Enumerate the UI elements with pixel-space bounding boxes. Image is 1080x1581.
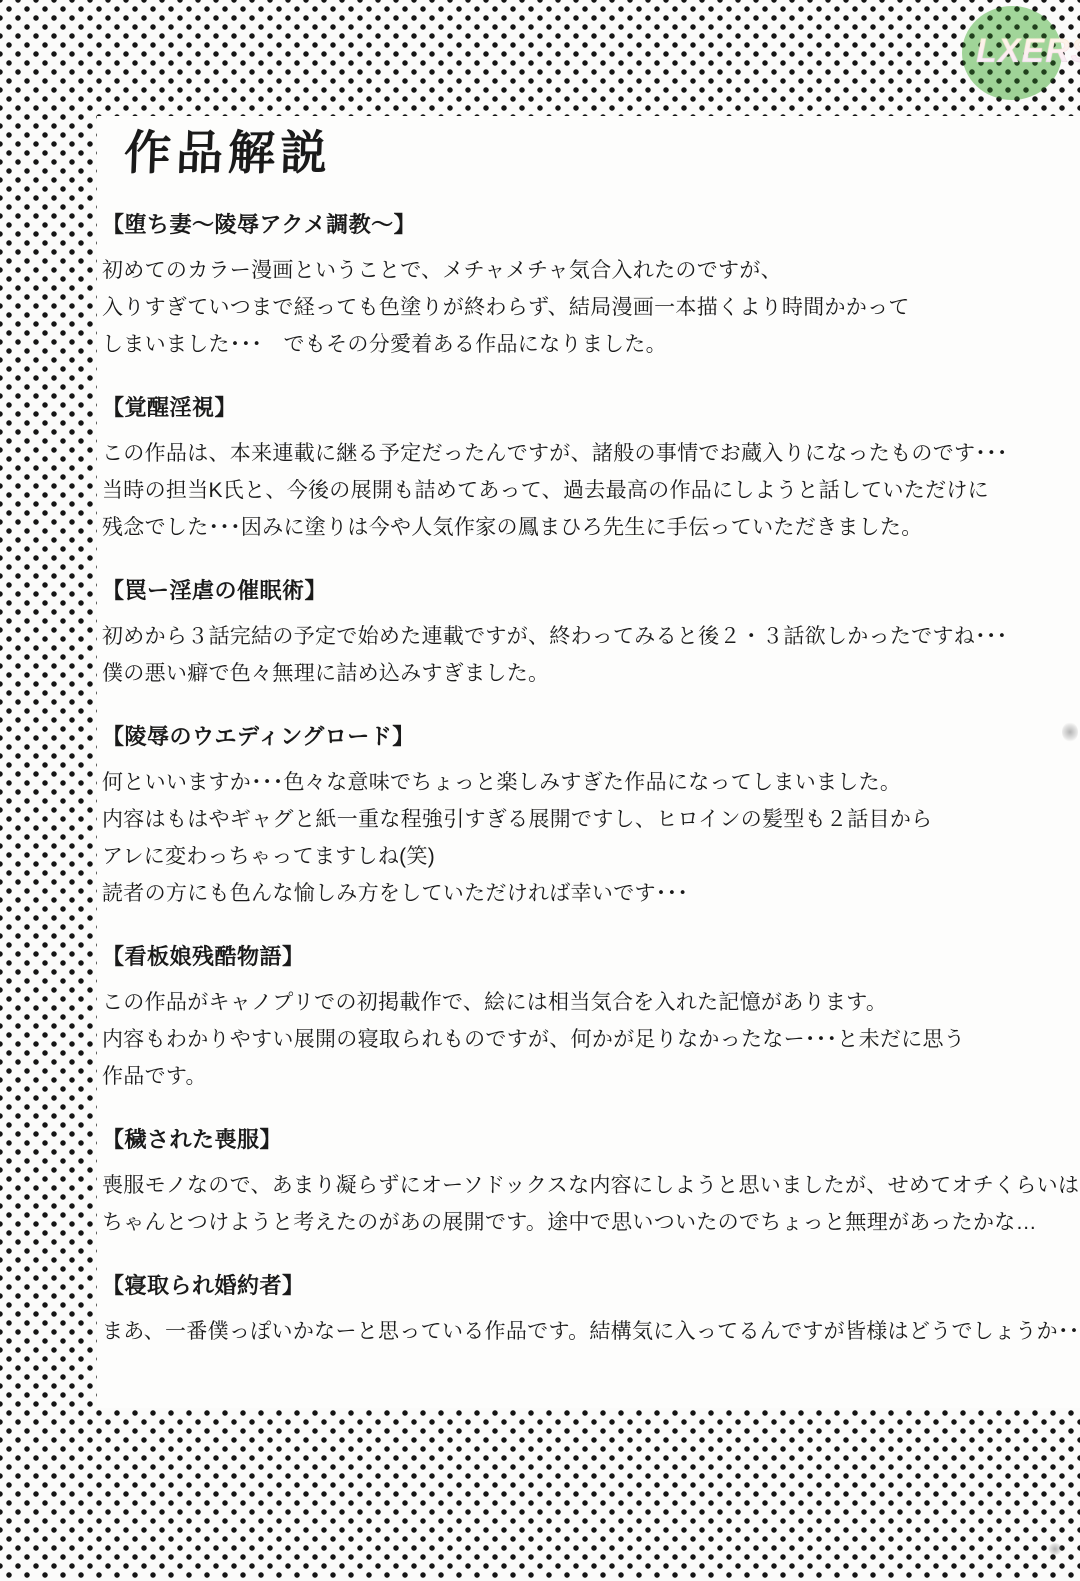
section-kakusei-inshi: 【覚醒淫視】 この作品は、本来連載に継る予定だったんですが、諸般の事情でお蔵入り… bbox=[102, 392, 1046, 546]
section-heading: 【看板娘残酷物語】 bbox=[102, 941, 1046, 973]
section-line: 初めてのカラー漫画ということで、メチャメチャ気合入れたのですが、 bbox=[102, 252, 1046, 289]
scanned-page: { "page_title": "作品解説", "watermark": { "… bbox=[0, 0, 1080, 1581]
section-line: 内容もわかりやすい展開の寝取られものですが、何かが足りなかったなー･･･と未だに… bbox=[102, 1021, 1046, 1058]
section-wana: 【罠ー淫虐の催眠術】 初めから３話完結の予定で始めた連載ですが、終わってみると後… bbox=[102, 575, 1046, 692]
section-line: 内容はもはやギャグと紙一重な程強引すぎる展開ですし、ヒロインの髪型も２話目から bbox=[102, 801, 1046, 838]
section-kanbanmusume: 【看板娘残酷物語】 この作品がキャノプリでの初掲載作で、絵には相当気合を入れた記… bbox=[102, 941, 1046, 1095]
section-line: アレに変わっちゃってますしね(笑) bbox=[102, 838, 1046, 875]
section-heading: 【堕ち妻～陵辱アクメ調教～】 bbox=[102, 209, 1046, 241]
section-line: 残念でした･･･因みに塗りは今や人気作家の鳳まひろ先生に手伝っていただきました。 bbox=[102, 509, 1046, 546]
section-heading: 【陵辱のウエディングロード】 bbox=[102, 721, 1046, 753]
section-line: この作品がキャノプリでの初掲載作で、絵には相当気合を入れた記憶があります。 bbox=[102, 984, 1046, 1021]
scan-artifact bbox=[1062, 722, 1078, 742]
section-konyakusha: 【寝取られ婚約者】 まあ、一番僕っぽいかなーと思っている作品です。結構気に入って… bbox=[102, 1270, 1046, 1350]
section-line: まあ、一番僕っぽいかなーと思っている作品です。結構気に入ってるんですが皆様はどう… bbox=[102, 1313, 1046, 1350]
section-line: 入りすぎていつまで経っても色塗りが終わらず、結局漫画一本描くより時間かかって bbox=[102, 289, 1046, 326]
section-line: 作品です。 bbox=[102, 1058, 1046, 1095]
content-panel: 作品解説 【堕ち妻～陵辱アクメ調教～】 初めてのカラー漫画ということで、メチャメ… bbox=[97, 116, 1080, 1408]
watermark-logo-text: LXERS bbox=[976, 32, 1080, 71]
section-heading: 【罠ー淫虐の催眠術】 bbox=[102, 575, 1046, 607]
section-line: 当時の担当K氏と、今後の展開も詰めてあって、過去最高の作品にしようと話していただ… bbox=[102, 472, 1046, 509]
watermark-circle: LXERS bbox=[962, 6, 1062, 100]
section-mofuku: 【穢された喪服】 喪服モノなので、あまり凝らずにオーソドックスな内容にしようと思… bbox=[102, 1124, 1046, 1241]
section-line: 喪服モノなので、あまり凝らずにオーソドックスな内容にしようと思いましたが、せめて… bbox=[102, 1167, 1046, 1204]
section-heading: 【寝取られ婚約者】 bbox=[102, 1270, 1046, 1302]
page-title: 作品解説 bbox=[123, 126, 1047, 180]
section-line: 初めから３話完結の予定で始めた連載ですが、終わってみると後２・３話欲しかったです… bbox=[102, 618, 1046, 655]
section-line: しまいました･･･ でもその分愛着ある作品になりました。 bbox=[102, 326, 1046, 363]
scan-artifact bbox=[1048, 1543, 1062, 1555]
section-line: この作品は、本来連載に継る予定だったんですが、諸般の事情でお蔵入りになったもので… bbox=[102, 435, 1046, 472]
section-heading: 【覚醒淫視】 bbox=[102, 392, 1046, 424]
sections-list: 【堕ち妻～陵辱アクメ調教～】 初めてのカラー漫画ということで、メチャメチャ気合入… bbox=[102, 209, 1046, 1350]
section-line: 僕の悪い癖で色々無理に詰め込みすぎました。 bbox=[102, 655, 1046, 692]
section-ochizuma: 【堕ち妻～陵辱アクメ調教～】 初めてのカラー漫画ということで、メチャメチャ気合入… bbox=[102, 209, 1046, 363]
section-heading: 【穢された喪服】 bbox=[102, 1124, 1046, 1156]
section-line: 読者の方にも色んな愉しみ方をしていただければ幸いです･･･ bbox=[102, 875, 1046, 912]
section-line: ちゃんとつけようと考えたのがあの展開です。途中で思いついたのでちょっと無理があっ… bbox=[102, 1204, 1046, 1241]
section-wedding-road: 【陵辱のウエディングロード】 何といいますか･･･色々な意味でちょっと楽しみすぎ… bbox=[102, 721, 1046, 912]
section-line: 何といいますか･･･色々な意味でちょっと楽しみすぎた作品になってしまいました。 bbox=[102, 764, 1046, 801]
